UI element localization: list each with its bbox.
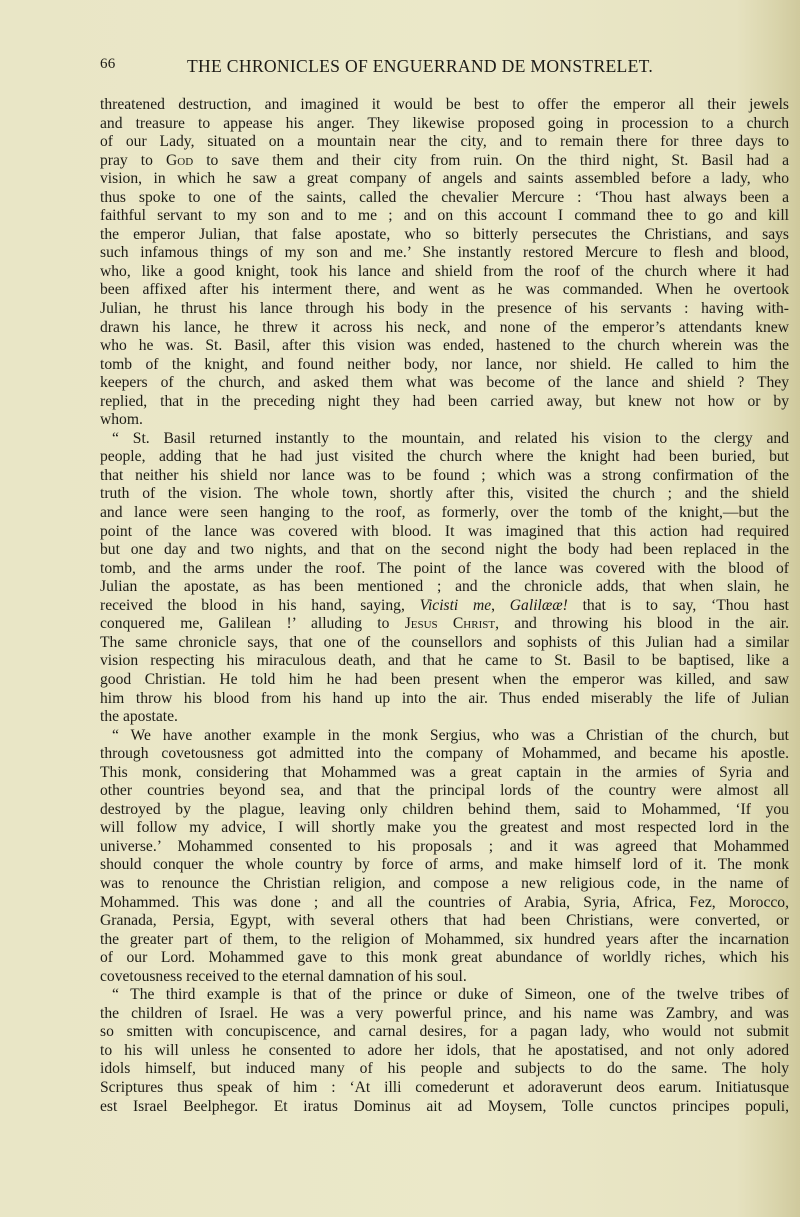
text-line: who he was. St. Basil, after this vision… xyxy=(100,337,789,356)
text-line: people, adding that he had just visited … xyxy=(100,448,789,467)
text-line: who, like a good knight, took his lance … xyxy=(100,263,789,282)
text-line: so smitten with concupiscence, and carna… xyxy=(100,1023,789,1042)
text-line: of our Lady, situated on a mountain near… xyxy=(100,133,789,152)
text-line: universe.’ Mohammed consented to his pro… xyxy=(100,838,789,857)
text-line: to his will unless he consented to adore… xyxy=(100,1042,789,1061)
text-line: will follow my advice, I will shortly ma… xyxy=(100,819,789,838)
text-line: Julian, he thrust his lance through his … xyxy=(100,300,789,319)
text-line: point of the lance was covered with bloo… xyxy=(100,523,789,542)
text-line: replied, that in the preceding night the… xyxy=(100,393,789,412)
text-line: whom. xyxy=(100,411,789,430)
page-body-text: threatened destruction, and imagined it … xyxy=(100,96,789,1116)
text-line: tomb, and the arms under the roof. The p… xyxy=(100,560,789,579)
text-line: covetousness received to the eternal dam… xyxy=(100,968,789,987)
text-line: should conquer the whole country by forc… xyxy=(100,856,789,875)
text-line: “ The third example is that of the princ… xyxy=(100,986,789,1005)
text-line: through covetousness got admitted into t… xyxy=(100,745,789,764)
text-line: other countries beyond sea, and that the… xyxy=(100,782,789,801)
text-line: and treasure to appease his anger. They … xyxy=(100,115,789,134)
text-line: This monk, considering that Mohammed was… xyxy=(100,764,789,783)
text-line: the greater part of them, to the religio… xyxy=(100,931,789,950)
text-line: keepers of the church, and asked them wh… xyxy=(100,374,789,393)
text-line: that neither his shield nor lance was to… xyxy=(100,467,789,486)
text-line: destroyed by the plague, leaving only ch… xyxy=(100,801,789,820)
text-line: Granada, Persia, Egypt, with several oth… xyxy=(100,912,789,931)
text-line: truth of the vision. The whole town, sho… xyxy=(100,485,789,504)
text-line: thus spoke to one of the saints, called … xyxy=(100,189,789,208)
running-title: THE CHRONICLES OF ENGUERRAND DE MONSTREL… xyxy=(187,56,653,77)
text-line: good Christian. He told him he had been … xyxy=(100,671,789,690)
text-line: threatened destruction, and imagined it … xyxy=(100,96,789,115)
text-line: such infamous things of my son and me.’ … xyxy=(100,244,789,263)
text-line: the apostate. xyxy=(100,708,789,727)
text-line: pray to God to save them and their city … xyxy=(100,152,789,171)
text-line: and lance were seen hanging to the roof,… xyxy=(100,504,789,523)
running-header: 66 THE CHRONICLES OF ENGUERRAND DE MONST… xyxy=(100,56,790,78)
text-line: but one day and two nights, and that on … xyxy=(100,541,789,560)
text-line: Julian the apostate, as has been mention… xyxy=(100,578,789,597)
text-line: drawn his lance, he threw it across his … xyxy=(100,319,789,338)
text-line: the emperor Julian, that false apostate,… xyxy=(100,226,789,245)
text-line: conquered me, Galilean !’ alluding to Je… xyxy=(100,615,789,634)
page-number: 66 xyxy=(100,56,115,73)
text-line: him throw his blood from his hand up int… xyxy=(100,690,789,709)
text-line: been affixed after his interment there, … xyxy=(100,281,789,300)
text-line: est Israel Beelphegor. Et iratus Dominus… xyxy=(100,1098,789,1117)
text-line: was to renounce the Christian religion, … xyxy=(100,875,789,894)
text-line: vision, in which he saw a great company … xyxy=(100,170,789,189)
text-line: “ St. Basil returned instantly to the mo… xyxy=(100,430,789,449)
text-line: Scriptures thus speak of him : ‘At illi … xyxy=(100,1079,789,1098)
text-line: tomb of the knight, and found neither bo… xyxy=(100,356,789,375)
text-line: The same chronicle says, that one of the… xyxy=(100,634,789,653)
text-line: received the blood in his hand, saying, … xyxy=(100,597,789,616)
text-line: idols himself, but induced many of his p… xyxy=(100,1060,789,1079)
text-line: Mohammed. This was done ; and all the co… xyxy=(100,894,789,913)
text-line: of our Lord. Mohammed gave to this monk … xyxy=(100,949,789,968)
text-line: faithful servant to my son and to me ; a… xyxy=(100,207,789,226)
text-line: the children of Israel. He was a very po… xyxy=(100,1005,789,1024)
text-line: vision respecting his miraculous death, … xyxy=(100,652,789,671)
text-line: “ We have another example in the monk Se… xyxy=(100,727,789,746)
